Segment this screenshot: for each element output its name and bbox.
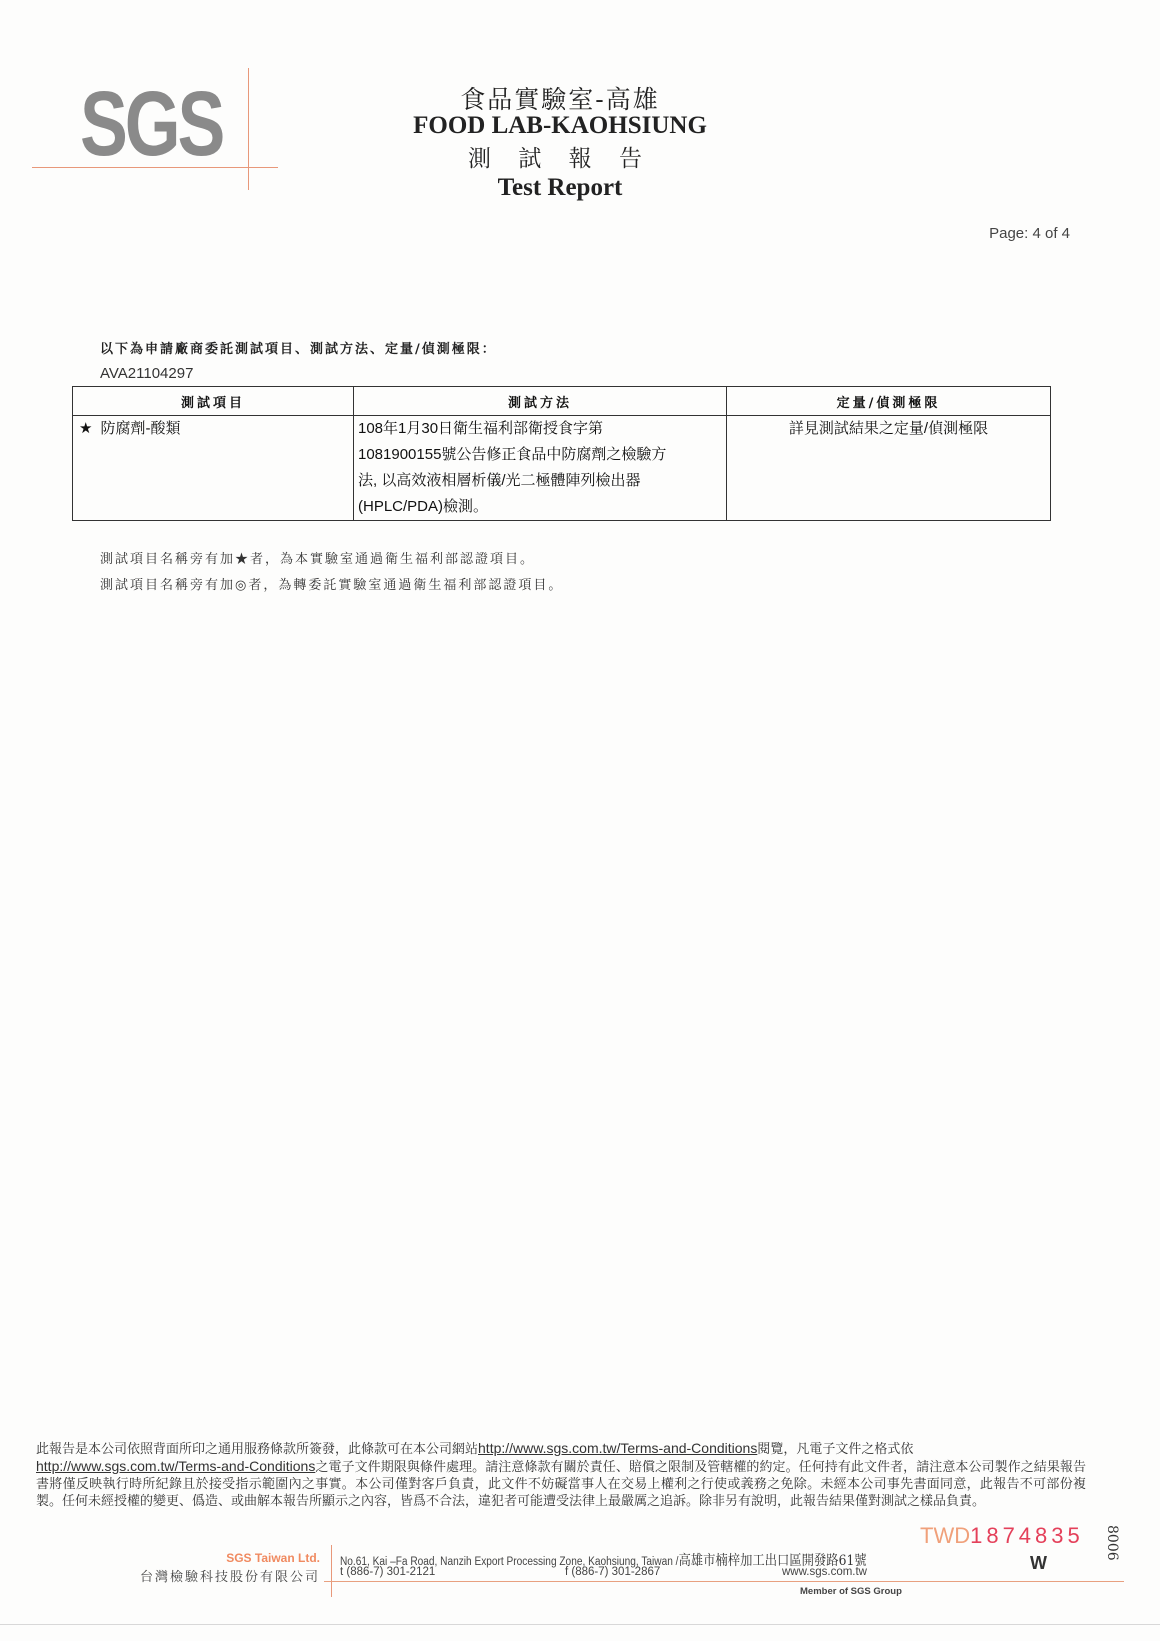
terms-link[interactable]: http://www.sgs.com.tw/Terms-and-Conditio… [36, 1458, 315, 1474]
company-name-chinese: 台灣檢驗科技股份有限公司 [130, 1566, 320, 1585]
detection-limit-cell: 詳見測試結果之定量/偵測極限 [727, 416, 1051, 521]
test-items-table: 測試項目 測試方法 定量/偵測極限 ★防腐劑-酸類 108年1月30日衛生福利部… [72, 386, 1051, 521]
method-line: 108年1月30日衛生福利部衛授食字第 [358, 416, 722, 442]
method-line: 法, 以高效液相層析儀/光二極體陣列檢出器 [358, 468, 722, 494]
terms-link[interactable]: http://www.sgs.com.tw/Terms-and-Conditio… [478, 1440, 757, 1456]
header-test-method: 測試方法 [354, 387, 727, 416]
company-telephone: t (886-7) 301-2121 [340, 1566, 435, 1578]
side-code: 8006 [1104, 1525, 1120, 1561]
serial-prefix: TWD [920, 1523, 970, 1548]
logo-horizontal-rule [32, 167, 278, 168]
company-fax: f (886-7) 301-2867 [565, 1566, 660, 1578]
report-title-chinese: 測 試 報 告 [380, 140, 740, 173]
method-line: (HPLC/PDA)檢測。 [358, 494, 722, 520]
test-method-cell: 108年1月30日衛生福利部衛授食字第 1081900155號公告修正食品中防腐… [354, 416, 727, 521]
legal-disclaimer: 此報告是本公司依照背面所印之通用服務條款所簽發，此條款可在本公司網站http:/… [36, 1440, 1086, 1510]
lab-name-chinese: 食品實驗室-高雄 [380, 80, 740, 116]
serial-digits: 1874835 [970, 1523, 1084, 1548]
star-icon: ★ [79, 420, 92, 437]
company-website[interactable]: www.sgs.com.tw [782, 1566, 867, 1578]
footer-horizontal-rule [324, 1581, 1124, 1582]
footer-vertical-rule [331, 1545, 332, 1597]
page-bottom-rule [0, 1624, 1160, 1625]
table-row: ★防腐劑-酸類 108年1月30日衛生福利部衛授食字第 1081900155號公… [73, 416, 1051, 521]
report-title-english: Test Report [380, 174, 740, 202]
logo-vertical-rule [248, 68, 249, 190]
w-mark: W [1030, 1553, 1047, 1574]
company-name-english: SGS Taiwan Ltd. [190, 1551, 320, 1565]
member-of-sgs-group: Member of SGS Group [800, 1586, 902, 1597]
test-item-cell: ★防腐劑-酸類 [73, 416, 354, 521]
header-detection-limit: 定量/偵測極限 [727, 387, 1051, 416]
header-test-item: 測試項目 [73, 387, 354, 416]
note-star-certified: 測試項目名稱旁有加★者，為本實驗室通過衛生福利部認證項目。 [100, 548, 535, 567]
lab-name-english: FOOD LAB-KAOHSIUNG [380, 112, 740, 140]
report-number: AVA21104297 [100, 365, 193, 382]
disclaimer-text: 此報告是本公司依照背面所印之通用服務條款所簽發，此條款可在本公司網站 [36, 1442, 478, 1457]
intro-heading: 以下為申請廠商委託測試項目、測試方法、定量/偵測極限： [100, 338, 497, 357]
page-number: Page: 4 of 4 [989, 225, 1070, 242]
table-header-row: 測試項目 測試方法 定量/偵測極限 [73, 387, 1051, 416]
disclaimer-text: 閱覽，凡電子文件之格式依 [757, 1442, 913, 1457]
note-circle-subcontract: 測試項目名稱旁有加◎者，為轉委託實驗室通過衛生福利部認證項目。 [100, 574, 563, 593]
test-item-name: 防腐劑-酸類 [100, 420, 180, 437]
sgs-logo: SGS [80, 78, 222, 170]
serial-number: TWD1874835 [920, 1523, 1084, 1549]
method-line: 1081900155號公告修正食品中防腐劑之檢驗方 [358, 442, 722, 468]
